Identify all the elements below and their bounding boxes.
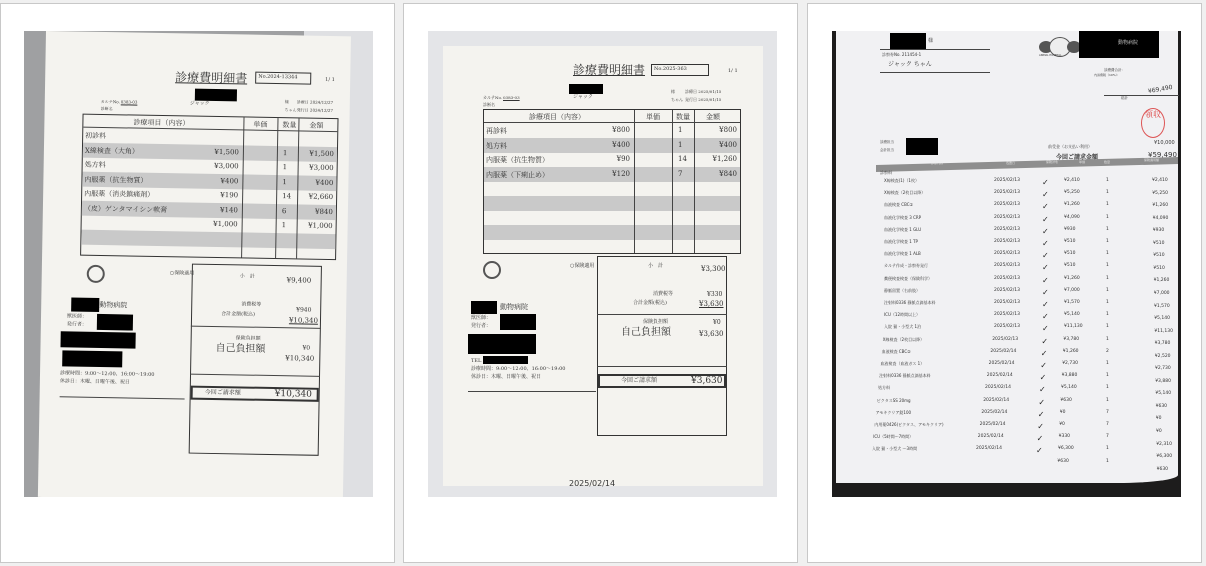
list-item-unit: ¥1,260 [1063,350,1079,355]
list-item-date: 2025/02/13 [994,277,1020,282]
list-item-amount: ¥630 [1157,468,1168,473]
table-row [484,181,740,196]
insurance-check-icon: ✓ [1042,227,1049,236]
list-item-date: 2025/02/13 [994,240,1020,245]
list-item-date: 2025/02/13 [994,252,1020,257]
list-item-qty: 1 [1106,338,1109,343]
pet-name: ジャック [190,102,210,107]
billed-amount: ¥10,340 [275,390,312,400]
insurance-check-icon: ✓ [1042,324,1049,333]
billed-amount: ¥3,630 [691,377,723,386]
list-item-date: 2025/02/13 [994,313,1020,318]
list-item-amount: ¥0 [1156,417,1162,422]
insurance-check-icon: ✓ [1042,202,1049,211]
list-item-amount: ¥4,090 [1153,217,1169,222]
image-card-1[interactable]: 診療費明細書 No.2024-13344 1/ 1 カルテNo. 0383-03… [0,3,395,563]
table-row [484,239,740,254]
clinic-logo-icon [87,265,105,283]
list-item-name: 血液検査（血液ガス 1） [880,362,924,366]
list-item-name: カルテ作成・診察券発行 [884,264,928,268]
list-item-name: 処方料 [878,386,890,390]
receipt-photo-3[interactable]: 様 診察券No. 211454-1 ジャック ちゃん ANIMAL HOSPIT… [832,31,1181,497]
list-item-name: 血液検査 CBC① [884,203,913,207]
items-table: ¥1,0001¥1,000（皮）ゲンタマイシン軟膏¥1406¥840内服薬（消炎… [80,114,338,260]
list-item-name: 入院 猫・小型犬 1泊 [884,325,921,329]
list-item-name: 血液化学検査 1 TP [884,240,918,244]
list-item-unit: ¥2,730 [1062,362,1078,367]
insurance-check-icon: ✓ [1042,251,1049,260]
list-item-name: X線検査（2枚目以降） [883,338,924,342]
list-item-amount: ¥1,570 [1154,305,1170,310]
page-number: 1/ 1 [325,78,335,83]
list-item-amount: ¥1,260 [1154,279,1170,284]
list-item-name: 血液化学検査 1 ALB [884,252,921,256]
list-item-date: 2025/02/14 [987,374,1013,379]
list-item-date: 2025/02/13 [994,325,1020,330]
list-item-amount: ¥0 [1156,430,1162,435]
list-item-date: 2025/02/13 [994,203,1020,208]
list-item-date: 2025/02/14 [976,447,1002,452]
list-item-qty: 1 [1106,228,1109,233]
list-item-qty: 1 [1106,362,1109,367]
insurance-check-icon: ✓ [1042,276,1049,285]
tax: ¥940 [296,307,311,313]
insurance-check-icon: ✓ [1039,385,1046,394]
list-item-unit: ¥330 [1059,435,1070,440]
pet-name: ジャック ちゃん [888,62,932,68]
list-item-amount: ¥3,780 [1155,342,1171,347]
list-item-date: 2025/02/13 [994,191,1020,196]
list-item-date: 2025/02/13 [994,289,1020,294]
items-table: 内服薬（下痢止め）¥1207¥840内服薬（抗生物質）¥9014¥1,260処方… [483,109,741,254]
list-item-amount: ¥3,880 [1155,380,1171,385]
list-item-amount: ¥630 [1156,405,1167,410]
list-item-date: 2025/02/13 [994,216,1020,221]
list-item-date: 2025/02/13 [994,228,1020,233]
list-item-unit: ¥3,880 [1062,374,1078,379]
list-item-unit: ¥510 [1064,264,1075,269]
list-item-qty: 1 [1106,216,1109,221]
clinic-logo-icon [483,261,501,279]
list-item-name: 血液化学検査 1 GLU [884,228,921,232]
list-item-qty: 1 [1106,386,1109,391]
list-item-unit: ¥0 [1059,423,1065,428]
list-item-date: 2025/02/14 [980,423,1006,428]
receipt-photo-2[interactable]: 診療費明細書 No.2025-363 1/ 1 カルテNo. 0383-03 診… [428,31,777,497]
list-item-unit: ¥1,260 [1064,203,1080,208]
list-item-name: 入院 猫・小型犬 〜3時間 [872,447,917,451]
insurance-check-icon: ✓ [1041,349,1048,358]
table-row: 処方料¥4001¥400 [484,138,740,153]
insurance-check-icon: ✓ [1038,410,1045,419]
list-item-unit: ¥4,090 [1064,216,1080,221]
self-burden: ¥10,340 [285,355,314,363]
table-row [484,210,740,225]
image-card-2[interactable]: 診療費明細書 No.2025-363 1/ 1 カルテNo. 0383-03 診… [403,3,798,563]
list-item-qty: 1 [1106,399,1109,404]
list-item-date: 2025/02/13 [994,264,1020,269]
insurance-check-icon: ✓ [1042,288,1049,297]
list-item-name: 内用薬0426(ビクタス、アモキクリア) [874,423,943,427]
list-item-unit: ¥630 [1060,399,1071,404]
list-item-name: X線検査（2枚目以降） [884,191,925,195]
list-item-unit: ¥3,780 [1063,338,1079,343]
deposit: ¥10,000 [1154,141,1175,146]
insurance-check-icon: ✓ [1037,434,1044,443]
list-item-qty: 7 [1106,423,1109,428]
list-item-date: 2025/02/13 [992,338,1018,343]
list-item-date: 2025/02/13 [994,301,1020,306]
list-item-amount: ¥2,520 [1155,355,1171,360]
table-header [876,157,1178,172]
list-item-unit: ¥0 [1060,411,1066,416]
list-item-qty: 1 [1106,264,1109,269]
receipt-title: 診療費明細書 [175,71,247,84]
subtotal: ¥3,300 [701,266,726,273]
list-item-date: 2025/02/14 [990,350,1016,355]
list-item-name: ICU（12時間以上） [884,313,920,317]
list-item-qty: 1 [1106,447,1109,452]
grand-total: ¥69,490 [1148,85,1173,95]
pet-name: ジャック [573,95,593,100]
list-item-unit: ¥6,300 [1058,447,1074,452]
table-row: 内服薬（抗生物質）¥9014¥1,260 [484,152,740,167]
list-item-amount: ¥11,130 [1154,330,1173,335]
list-item-qty: 7 [1106,435,1109,440]
list-item-amount: ¥930 [1153,229,1164,234]
list-item-amount: ¥510 [1153,254,1164,259]
list-item-amount: ¥1,260 [1152,204,1168,209]
list-item-qty: 1 [1106,252,1109,257]
insurance-check-icon: ✓ [1037,422,1044,431]
list-item-amount: ¥5,250 [1152,192,1168,197]
list-item-qty: 1 [1106,179,1109,184]
insurance-check-icon: ✓ [1036,446,1043,455]
insurance-check-icon: ✓ [1042,312,1049,321]
list-item-unit: ¥11,130 [1064,325,1083,330]
list-item-date: 2025/02/14 [989,362,1015,367]
insurance-check-icon: ✓ [1040,373,1047,382]
list-item-qty: 2 [1106,350,1109,355]
list-item-qty: 1 [1106,191,1109,196]
list-item-qty: 1 [1106,460,1109,465]
list-item-unit: ¥1,570 [1064,301,1080,306]
table-row [484,196,740,211]
list-item-date: 2025/02/14 [978,435,1004,440]
list-item-name: 糞便検査検査（保険科学） [884,277,932,281]
list-item-qty: 1 [1106,313,1109,318]
insurance-check-icon: ✓ [1042,263,1049,272]
table-row: 再診料¥8001¥800 [484,123,740,138]
table-row [484,225,740,240]
list-item-qty: 1 [1106,374,1109,379]
list-item-unit: ¥7,000 [1064,289,1080,294]
list-item-amount: ¥510 [1153,242,1164,247]
receipt-title: 診療費明細書 [573,64,645,76]
list-item-amount: ¥5,140 [1155,392,1171,397]
list-item-name: X線検査(1)（1枚） [884,179,919,183]
list-item-unit: ¥1,260 [1064,277,1080,282]
list-item-qty: 1 [1106,203,1109,208]
redaction [195,89,237,102]
list-item-name: 血液検査 CBC② [882,350,911,354]
list-item-qty: 1 [1106,289,1109,294]
list-item-date: 2025/02/14 [981,411,1007,416]
list-item-amount: ¥2,410 [1152,179,1168,184]
list-item-amount: ¥5,140 [1154,317,1170,322]
list-item-unit: ¥630 [1057,460,1068,465]
list-item-amount: ¥2,730 [1155,367,1171,372]
list-item-unit: ¥510 [1064,240,1075,245]
underlying-date: 2025/02/14 [569,480,615,488]
list-item-unit: ¥5,140 [1061,386,1077,391]
insurance-check-icon: ✓ [1042,178,1049,187]
list-item-name: アモキクリア錠100 [876,411,911,415]
insurance-check-icon: ✓ [1042,300,1049,309]
list-item-name: 注射料0336 静脈点滴基本料 [879,374,930,378]
list-item-unit: ¥930 [1064,228,1075,233]
receipt-photo-1[interactable]: 診療費明細書 No.2024-13344 1/ 1 カルテNo. 0383-03… [24,31,373,497]
image-card-3[interactable]: 様 診察券No. 211454-1 ジャック ちゃん ANIMAL HOSPIT… [807,3,1202,563]
list-item-unit: ¥5,140 [1064,313,1080,318]
list-item-unit: ¥2,410 [1064,179,1080,184]
list-item-date: 2025/02/14 [983,399,1009,404]
list-item-amount: ¥510 [1153,267,1164,272]
receipt-number: No.2024-13344 [258,75,297,81]
paid-stamp: 領収 [1141,108,1165,138]
total: ¥3,630 [699,301,724,308]
receipt-no: 診察券No. 211454-1 [882,53,921,57]
list-item-unit: ¥510 [1064,252,1075,257]
list-item-name: 注射料0336 静脈点滴基本料 [884,301,935,305]
receipt-number: No.2025-363 [654,67,687,72]
list-item-amount: ¥2,310 [1156,443,1172,448]
insurance-check-icon: ✓ [1042,215,1049,224]
list-item-amount: ¥7,000 [1154,292,1170,297]
list-item-qty: 1 [1106,240,1109,245]
subtotal: ¥9,400 [287,277,312,284]
list-item-amount: ¥6,300 [1156,455,1172,460]
list-item-qty: 7 [1106,411,1109,416]
list-item-name: ICU（5時間〜7時間） [873,435,913,439]
list-item-unit: ¥5,250 [1064,191,1080,196]
list-item-qty: 1 [1106,277,1109,282]
insurance-check-icon: ✓ [1042,239,1049,248]
table-row: 内服薬（下痢止め）¥1207¥840 [484,167,740,182]
list-item-qty: 1 [1106,325,1109,330]
insurance-check-icon: ✓ [1042,190,1049,199]
tax: ¥330 [707,292,722,298]
list-item-name: ビクタスSS 20mg [877,399,911,403]
total: ¥10,340 [289,317,318,325]
list-item-qty: 1 [1106,301,1109,306]
self-burden: ¥3,630 [699,331,724,338]
list-item-date: 2025/02/14 [985,386,1011,391]
insurance-check-icon: ✓ [1041,337,1048,346]
insurance-check-icon: ✓ [1038,398,1045,407]
insurance-check-icon: ✓ [1040,361,1047,370]
list-item-name: 血液化学検査 3 CRP [884,216,921,220]
list-item-date: 2025/02/13 [994,179,1020,184]
list-item-name: 静脈留置（右前肢） [884,289,920,293]
